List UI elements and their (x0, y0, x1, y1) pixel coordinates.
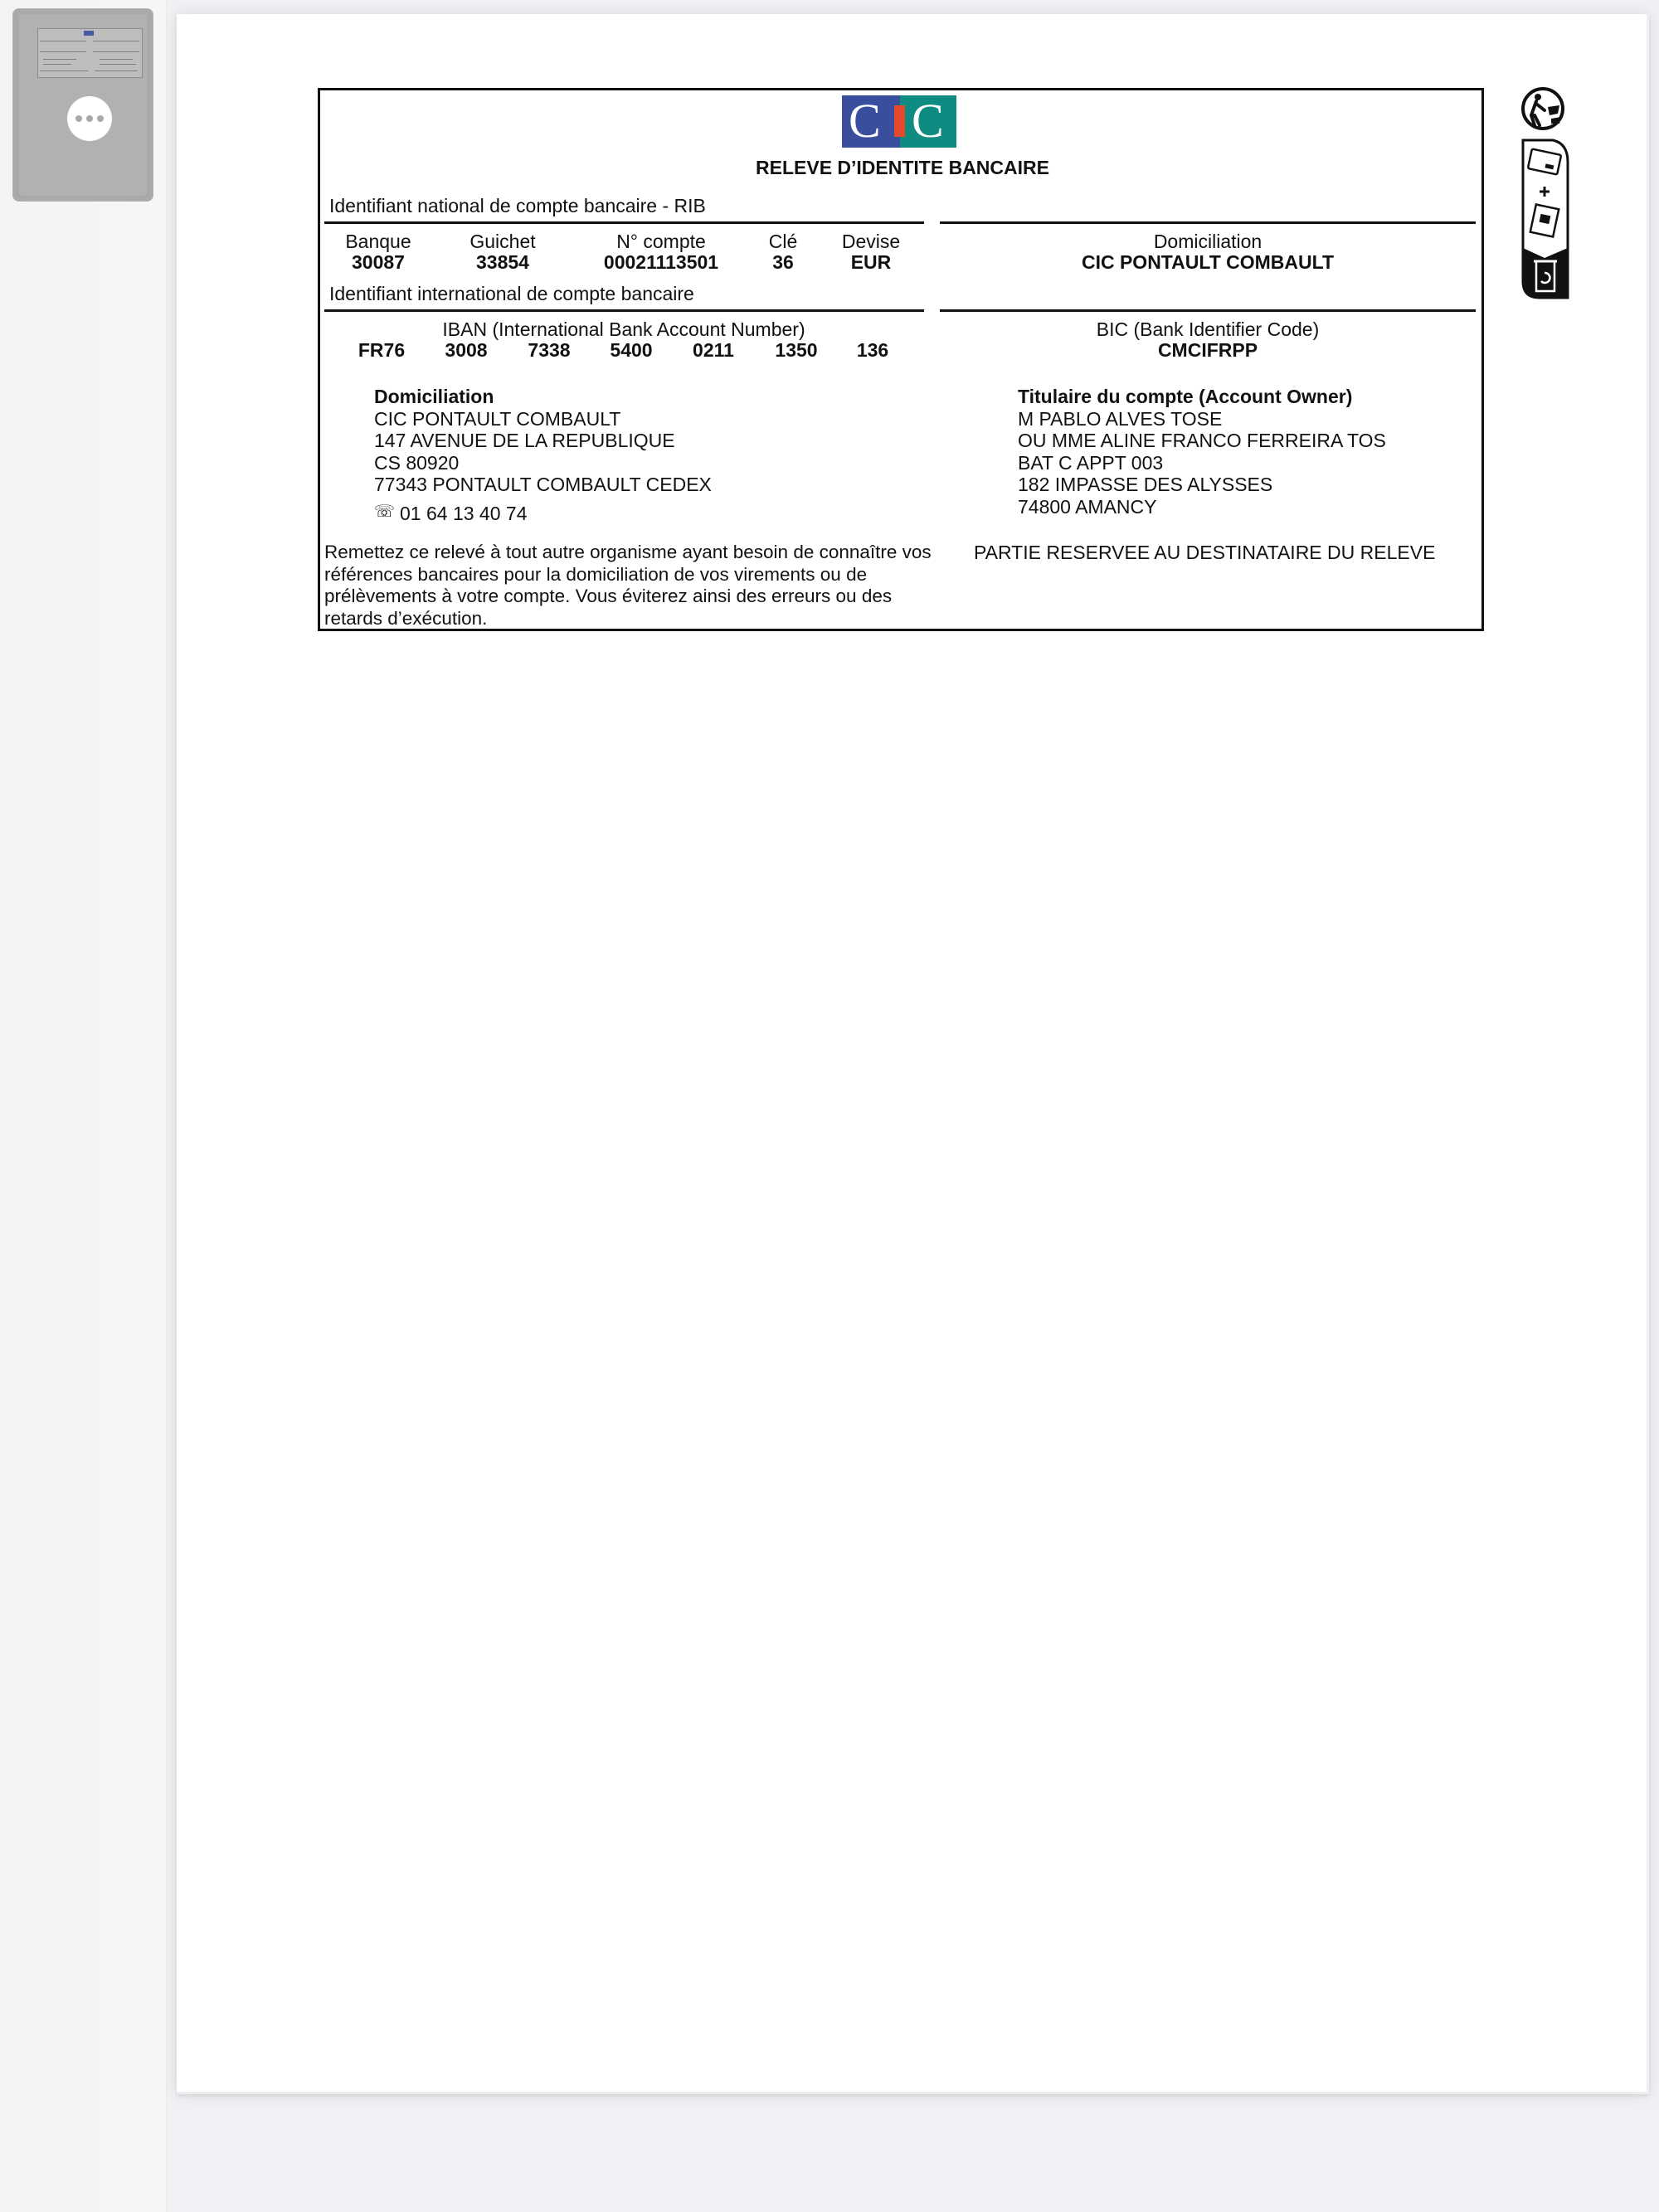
bic-label: BIC (Bank Identifier Code) (1097, 318, 1319, 341)
iban-group: 0211 (693, 339, 734, 362)
document-title: RELEVE D’IDENTITE BANCAIRE (756, 157, 1049, 179)
recipient-note: PARTIE RESERVEE AU DESTINATAIRE DU RELEV… (974, 542, 1435, 564)
owner-line: 182 IMPASSE DES ALYSSES (1018, 474, 1386, 496)
rib-column-value: 33854 (476, 251, 529, 274)
thumbnail-line (43, 64, 71, 65)
owner-line: BAT C APPT 003 (1018, 452, 1386, 474)
notice-text: Remettez ce relevé à tout autre organism… (324, 542, 955, 630)
owner-line: 74800 AMANCY (1018, 496, 1386, 518)
more-dot-icon (75, 115, 82, 122)
iban-label: IBAN (International Bank Account Number) (442, 318, 805, 341)
branch-line: 147 AVENUE DE LA REPUBLIQUE (374, 430, 712, 452)
thumbnail-line (95, 70, 138, 71)
thumbnail-line (93, 51, 139, 52)
rib-column-value: 30087 (352, 251, 405, 274)
account-owner: Titulaire du compte (Account Owner) M PA… (1018, 386, 1386, 518)
telephone-icon: ☏ (374, 501, 395, 523)
logo-blue-block: C (842, 95, 900, 148)
more-dot-icon (86, 115, 93, 122)
page-thumbnail[interactable] (12, 8, 153, 202)
divider (324, 221, 924, 224)
rib-column-value: 00021113501 (604, 251, 718, 274)
divider (940, 221, 1476, 224)
bic-value: CMCIFRPP (1158, 339, 1258, 362)
thumbnail-line (100, 64, 136, 65)
logo-red-bar (894, 105, 905, 137)
logo-teal-block: C (900, 95, 956, 148)
triman-recycling-icon (1520, 85, 1569, 309)
thumbnail-logo (84, 31, 94, 36)
thumbnail-sidebar (0, 0, 167, 2212)
owner-line: OU MME ALINE FRANCO FERREIRA TOS (1018, 430, 1386, 452)
branch-line: CS 80920 (374, 452, 712, 474)
divider (940, 309, 1476, 312)
owner-heading: Titulaire du compte (Account Owner) (1018, 386, 1386, 408)
rib-section-label: Identifiant national de compte bancaire … (329, 195, 706, 217)
branch-address: Domiciliation CIC PONTAULT COMBAULT 147 … (374, 386, 712, 524)
iban-group: 3008 (445, 339, 487, 362)
more-dot-icon (97, 115, 104, 122)
iban-group: 136 (857, 339, 888, 362)
logo-letter: C (912, 97, 944, 145)
phone-number: 01 64 13 40 74 (400, 503, 527, 524)
cic-logo: C C (842, 95, 956, 148)
iban-group: 1350 (775, 339, 817, 362)
logo-letter: C (849, 97, 881, 145)
branch-line: 77343 PONTAULT COMBAULT CEDEX (374, 474, 712, 496)
iban-group: 7338 (528, 339, 570, 362)
rib-column-label: Clé (769, 231, 798, 253)
thumbnail-more-button[interactable] (67, 96, 112, 141)
branch-heading: Domiciliation (374, 386, 712, 408)
rib-column-value: 36 (772, 251, 794, 274)
thumbnail-line (93, 41, 139, 41)
rib-column-label: N° compte (616, 231, 706, 253)
iban-group: 5400 (610, 339, 652, 362)
iban-group: FR76 (358, 339, 405, 362)
thumbnail-line (100, 59, 133, 60)
branch-phone: ☏01 64 13 40 74 (374, 501, 712, 525)
domiciliation-value: CIC PONTAULT COMBAULT (1082, 251, 1334, 274)
rib-column-value: EUR (851, 251, 892, 274)
rib-column-label: Banque (345, 231, 411, 253)
rib-column-label: Guichet (469, 231, 535, 253)
owner-line: M PABLO ALVES TOSE (1018, 408, 1386, 430)
document-page: C C RELEVE D’IDENTITE BANCAIRE Identifia… (177, 14, 1649, 2094)
thumbnail-line (40, 70, 88, 71)
thumbnail-page-preview (19, 14, 147, 196)
thumbnail-line (43, 59, 76, 60)
rib-column-label: Devise (842, 231, 900, 253)
divider (324, 309, 924, 312)
domiciliation-label: Domiciliation (1154, 231, 1262, 253)
branch-line: CIC PONTAULT COMBAULT (374, 408, 712, 430)
thumbnail-line (40, 51, 86, 52)
thumbnail-line (40, 41, 86, 41)
thumbnail-rib-preview (37, 28, 143, 78)
iban-section-label: Identifiant international de compte banc… (329, 283, 694, 305)
